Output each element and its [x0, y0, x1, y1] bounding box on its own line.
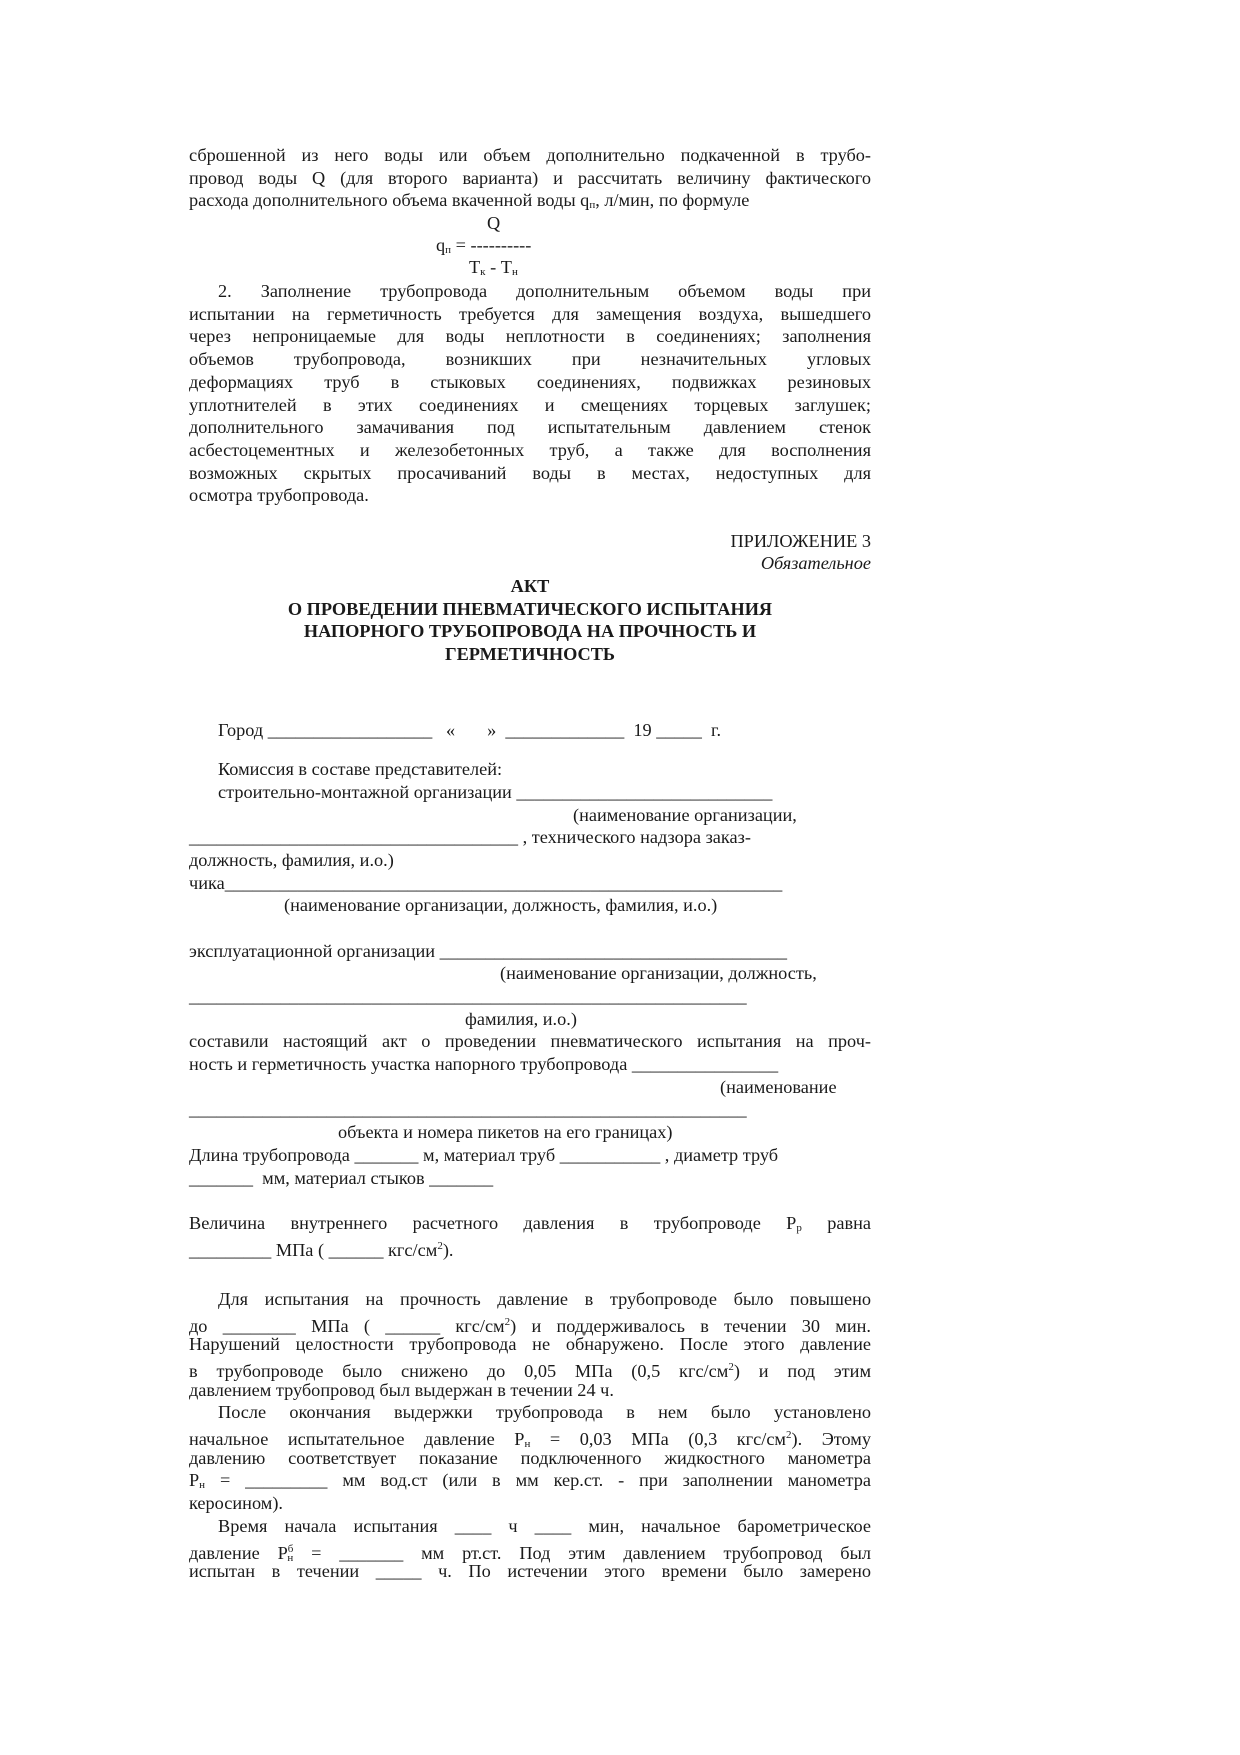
formula-numerator: Q [487, 212, 500, 235]
design-pressure-field[interactable]: _________ МПа ( ______ кгс/см2). [189, 1235, 871, 1258]
strength-line: Для испытания на прочность давление в тр… [189, 1288, 871, 1311]
note-line: уплотнителей в этих соединениях и смещен… [189, 394, 871, 417]
act-title: НАПОРНОГО ТРУБОПРОВОДА НА ПРОЧНОСТЬ И [189, 620, 871, 643]
act-title: О ПРОВЕДЕНИИ ПНЕВМАТИЧЕСКОГО ИСПЫТАНИЯ [189, 598, 871, 621]
note-line: асбестоцементных и железобетонных труб, … [189, 439, 871, 462]
tech-hint: должность, фамилия, и.о.) [189, 849, 871, 872]
intro-line: расхода дополнительного объема вкаченной… [189, 189, 871, 212]
operating-org-blank[interactable]: ________________________________________… [189, 985, 871, 1008]
object-hint2: объекта и номера пикетов на его границах… [189, 1121, 871, 1144]
city-date-field[interactable]: Город __________________ « » ___________… [189, 719, 871, 742]
manometer-field[interactable]: Pн = _________ мм вод.ст (или в мм кер.с… [189, 1469, 871, 1492]
smo-field[interactable]: строительно-монтажной организации ______… [189, 781, 871, 804]
operating-org-hint: (наименование организации, должность, [189, 962, 871, 985]
act-title: ГЕРМЕТИЧНОСТЬ [189, 643, 871, 666]
operating-org-hint2: фамилия, и.о.) [189, 1008, 871, 1031]
design-pressure-line: Величина внутреннего расчетного давления… [189, 1212, 871, 1235]
act-title: АКТ [189, 575, 871, 598]
note-line: объемов трубопровода, возникших при незн… [189, 348, 871, 371]
barometric-field[interactable]: давление Pбн = _______ мм рт.ст. Под эти… [189, 1538, 871, 1561]
length-material-field[interactable]: Длина трубопровода _______ м, материал т… [189, 1144, 871, 1167]
tech-supervision-field[interactable]: ____________________________________ , т… [189, 826, 871, 849]
note-line: осмотра трубопровода. [189, 484, 871, 507]
operating-org-field[interactable]: эксплуатационной организации ___________… [189, 940, 871, 963]
customer-hint: (наименование организации, должность, фа… [189, 894, 871, 917]
intro-line: сброшенной из него воды или объем дополн… [189, 144, 871, 167]
strength-line: Нарушений целостности трубопровода не об… [189, 1333, 871, 1356]
note-line: 2. Заполнение трубопровода дополнительны… [189, 280, 871, 303]
note-line: дополнительного замачивания под испытате… [189, 416, 871, 439]
composed-text: составили настоящий акт о проведении пне… [189, 1030, 871, 1053]
start-time-field[interactable]: Время начала испытания ____ ч ____ мин, … [189, 1515, 871, 1538]
note-line: испытании на герметичность требуется для… [189, 303, 871, 326]
strength-field[interactable]: до ________ МПа ( ______ кгс/см2) и подд… [189, 1311, 871, 1334]
note-line: возможных скрытых просачиваний воды в ме… [189, 462, 871, 485]
object-blank[interactable]: ________________________________________… [189, 1098, 871, 1121]
appendix-status: Обязательное [189, 552, 871, 575]
object-hint: (наименование [189, 1076, 871, 1099]
document-page: сброшенной из него воды или объем дополн… [189, 144, 871, 1583]
strength-line: в трубопроводе было снижено до 0,05 МПа … [189, 1356, 871, 1379]
diameter-joints-field[interactable]: _______ мм, материал стыков _______ [189, 1167, 871, 1190]
duration-field[interactable]: испытан в течении _____ ч. По истечении … [189, 1560, 871, 1583]
strength-line: давлением трубопровод был выдержан в теч… [189, 1379, 871, 1402]
note-line: деформациях труб в стыковых соединениях,… [189, 371, 871, 394]
note-line: через непроницаемые для воды неплотности… [189, 325, 871, 348]
formula: Q qп = ---------- Tк - Tн [189, 212, 871, 280]
customer-field[interactable]: чика____________________________________… [189, 872, 871, 895]
section-field[interactable]: ность и герметичность участка напорного … [189, 1053, 871, 1076]
smo-hint: (наименование организации, [189, 804, 871, 827]
initial-line: начальное испытательное давление Pн = 0,… [189, 1424, 871, 1447]
initial-line: После окончания выдержки трубопровода в … [189, 1401, 871, 1424]
initial-line: керосином). [189, 1492, 871, 1515]
appendix-label: ПРИЛОЖЕНИЕ 3 [189, 530, 871, 553]
intro-line: провод воды Q (для второго варианта) и р… [189, 167, 871, 190]
initial-line: давлению соответствует показание подключ… [189, 1447, 871, 1470]
commission-label: Комиссия в составе представителей: [189, 758, 871, 781]
